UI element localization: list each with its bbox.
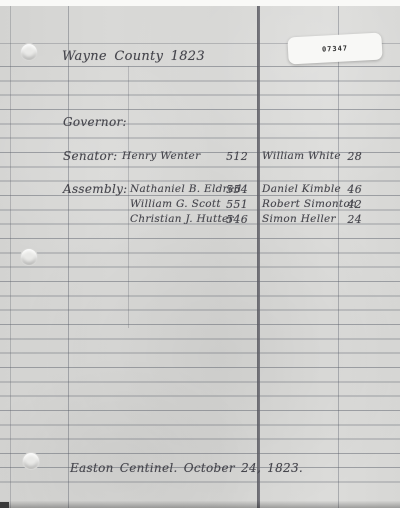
source-citation: Easton Centinel. October 24, 1823. xyxy=(70,461,303,475)
senator-opponent-votes: 28 xyxy=(338,150,362,163)
vertical-rule-right-column xyxy=(338,6,339,508)
ruled-lines xyxy=(0,66,400,496)
senator-label: Senator: xyxy=(63,149,117,163)
punch-hole-top xyxy=(20,43,38,61)
scan-corner-mark xyxy=(0,502,9,508)
vertical-rule-heavy-divider xyxy=(257,6,260,508)
scan-bottom-shadow xyxy=(0,501,400,508)
assembly-opponent: Simon Heller xyxy=(262,213,336,225)
scan-top-margin xyxy=(0,0,400,6)
assembly-opponent-votes: 24 xyxy=(338,213,362,226)
assembly-votes: 546 xyxy=(210,213,248,226)
assembly-opponent-votes: 42 xyxy=(338,198,362,211)
page-title: Wayne County 1823 xyxy=(62,49,205,64)
assembly-votes: 551 xyxy=(210,198,248,211)
governor-heading: Governor: xyxy=(63,115,127,129)
vertical-rule-label-column xyxy=(68,6,69,508)
archive-number: 07347 xyxy=(322,44,348,53)
scanned-ledger-page: 07347 Wayne County 1823 Governor: Senato… xyxy=(0,0,400,508)
senator-votes: 512 xyxy=(210,150,248,163)
vertical-rule-left-edge xyxy=(10,6,11,508)
vertical-rule-middle-faint xyxy=(128,66,129,328)
senator-candidate: Henry Wenter xyxy=(122,150,200,162)
punch-hole-bottom xyxy=(22,452,40,470)
archive-sticker: 07347 xyxy=(287,33,382,65)
punch-hole-middle xyxy=(20,248,38,266)
senator-opponent: William White xyxy=(262,150,341,162)
assembly-opponent-votes: 46 xyxy=(338,183,362,196)
assembly-votes: 554 xyxy=(210,183,248,196)
assembly-opponent: Daniel Kimble xyxy=(262,183,341,195)
assembly-label: Assembly: xyxy=(63,182,128,196)
assembly-candidate: William G. Scott xyxy=(130,198,221,210)
